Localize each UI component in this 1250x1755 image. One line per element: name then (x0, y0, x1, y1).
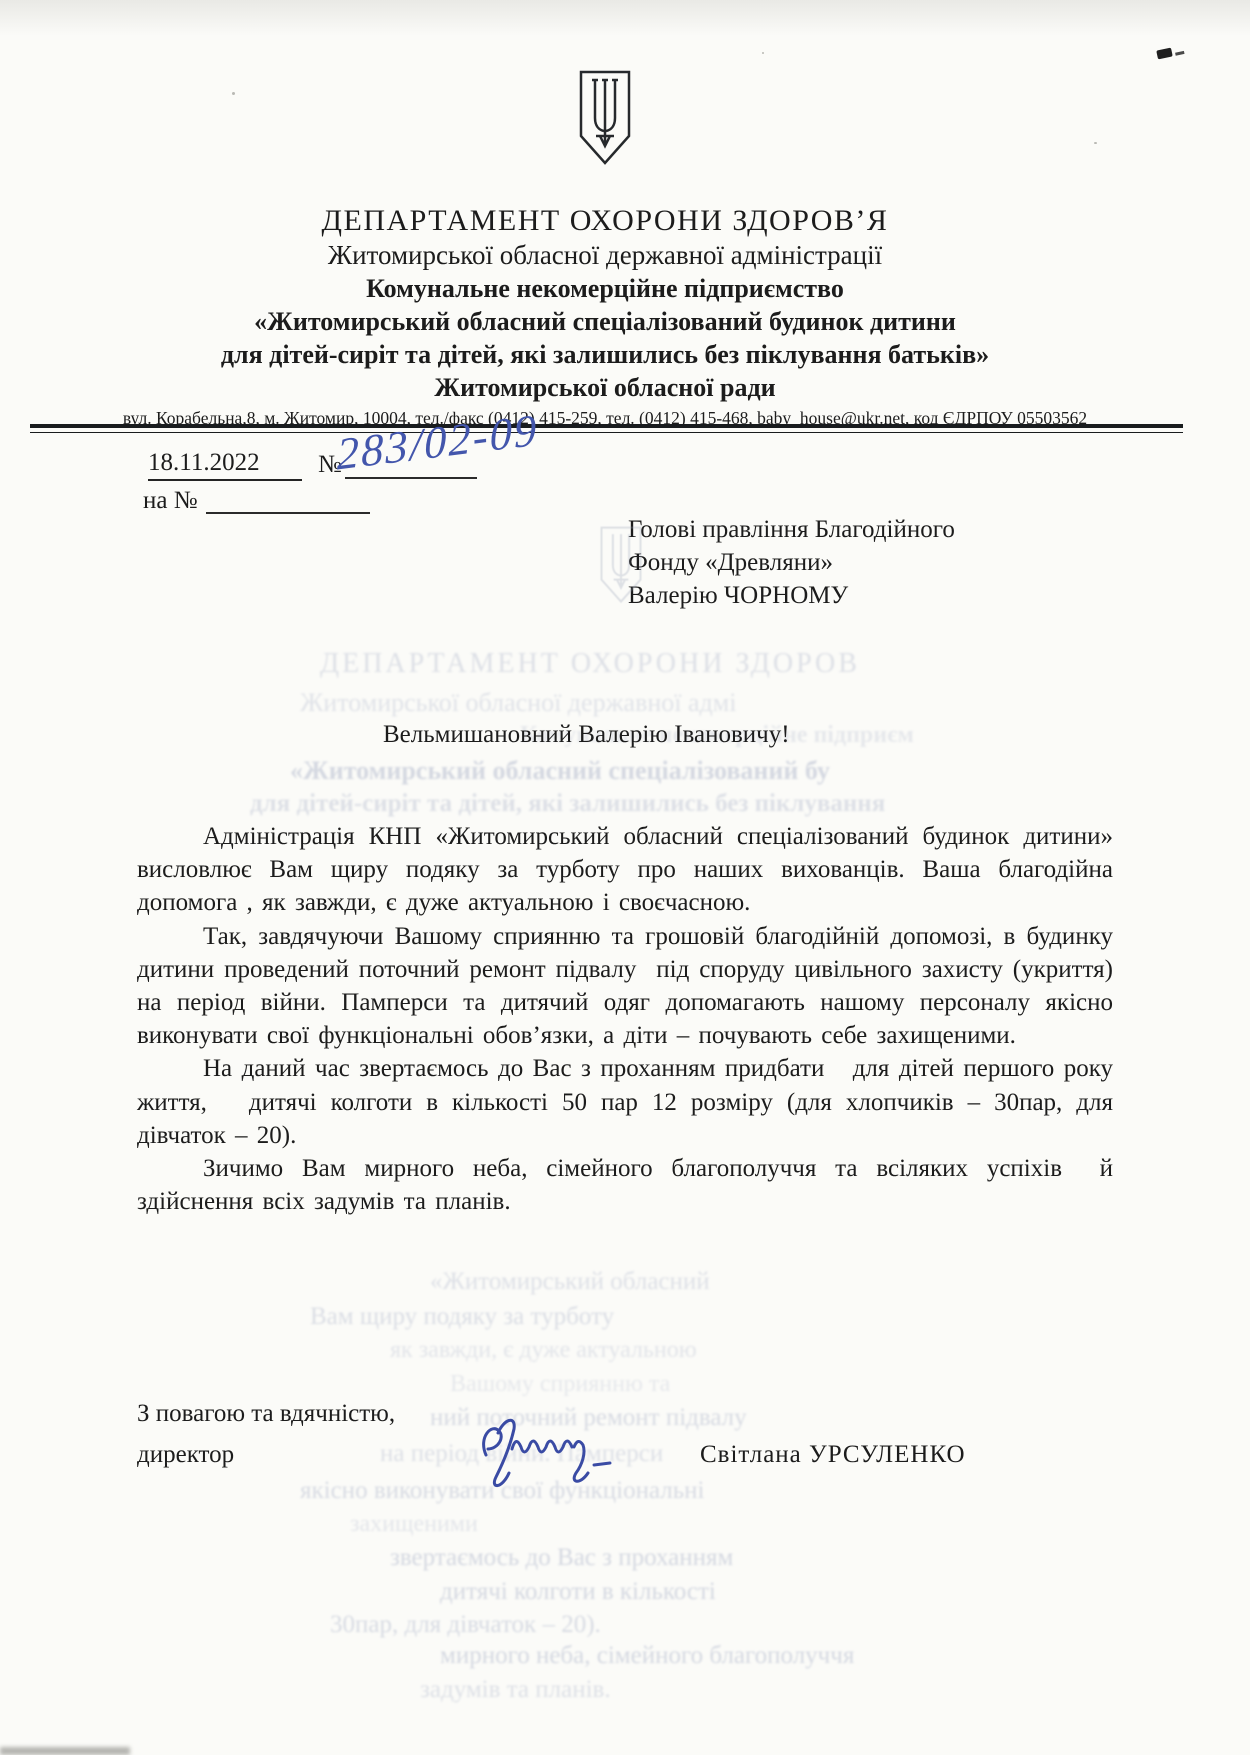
body-paragraph: Так, завдячуючи Вашому сприянню та грошо… (137, 920, 1113, 1053)
letterhead: ДЕПАРТАМЕНТ ОХОРОНИ ЗДОРОВ’Я Житомирсько… (110, 70, 1100, 430)
recipient-line: Фонду «Древляни» (628, 546, 955, 579)
body-paragraph: На даний час звертаємось до Вас з прохан… (137, 1052, 1113, 1152)
ghost-trident-icon (598, 526, 644, 609)
scan-edge-bottom (0, 1747, 130, 1755)
recipient-line: Валерію ЧОРНОМУ (628, 579, 955, 612)
ghost-text-line: «Житомирський обласний (430, 1268, 710, 1296)
department-title: ДЕПАРТАМЕНТ ОХОРОНИ ЗДОРОВ’Я (110, 203, 1100, 239)
ghost-text-line: «Житомирський обласний спеціалізований б… (290, 756, 830, 786)
scan-speck (762, 52, 764, 54)
signer-title: директор (137, 1441, 234, 1469)
signer-name: Світлана УРСУЛЕНКО (700, 1441, 966, 1469)
body-paragraph: Зичимо Вам мирного неба, сімейного благо… (137, 1152, 1113, 1218)
ghost-text-line: захищеними (350, 1511, 478, 1538)
document-date: 18.11.2022 (148, 449, 302, 481)
letterhead-divider (30, 424, 1183, 433)
ghost-text-line: Вашому сприянню та (450, 1371, 670, 1398)
closing-line: З повагою та вдячністю, (137, 1400, 395, 1428)
scan-edge-shade (0, 0, 1250, 36)
trident-emblem-icon (110, 70, 1100, 166)
ghost-text-line: задумів та планів. (420, 1676, 611, 1704)
ghost-text-line: мирного неба, сімейного благополуччя (440, 1642, 854, 1670)
body-paragraph: Адміністрація КНП «Житомирський обласний… (137, 820, 1113, 920)
number-underline (345, 477, 477, 479)
ghost-text-line: як завжди, є дуже актуальною (390, 1337, 697, 1364)
recipient-line: Голові правління Благодійного (628, 513, 955, 546)
recipient-block: Голові правління Благодійного Фонду «Дре… (628, 513, 955, 612)
ghost-text-line: для дітей-сиріт та дітей, які залишились… (250, 790, 885, 818)
administration-subtitle: Житомирської обласної державної адмініст… (110, 239, 1100, 272)
reply-to-label: на № (143, 487, 198, 515)
org-name-line-1: «Житомирський обласний спеціалізований б… (110, 305, 1100, 338)
ghost-text-line: 30пар, для дівчаток – 20). (330, 1611, 601, 1639)
scanned-letter-page: ДЕПАРТАМЕНТ ОХОРОНИ ЗДОРОВ’Я Житомирсько… (0, 0, 1250, 1755)
org-type-line: Комунальне некомерційне підприємство (110, 272, 1100, 305)
org-council-line: Житомирської обласної ради (110, 371, 1100, 404)
scan-smudge (1156, 48, 1173, 60)
ghost-text-line: ДЕПАРТАМЕНТ ОХОРОНИ ЗДОРОВ (320, 648, 860, 680)
salutation: Вельмишановний Валерію Івановичу! (383, 721, 790, 749)
org-name-line-2: для дітей-сиріт та дітей, які залишились… (110, 338, 1100, 371)
signature-handwriting (452, 1403, 662, 1498)
letter-body: Адміністрація КНП «Житомирський обласний… (137, 820, 1113, 1218)
ghost-text-line: дитячі колготи в кількості (440, 1578, 716, 1606)
reply-underline (206, 512, 370, 514)
ghost-text-line: звертаємось до Вас з проханням (390, 1544, 733, 1572)
ghost-text-line: Житомирської обласної державної адмі (300, 688, 736, 718)
ghost-text-line: Вам щиру подяку за турботу (310, 1303, 614, 1331)
